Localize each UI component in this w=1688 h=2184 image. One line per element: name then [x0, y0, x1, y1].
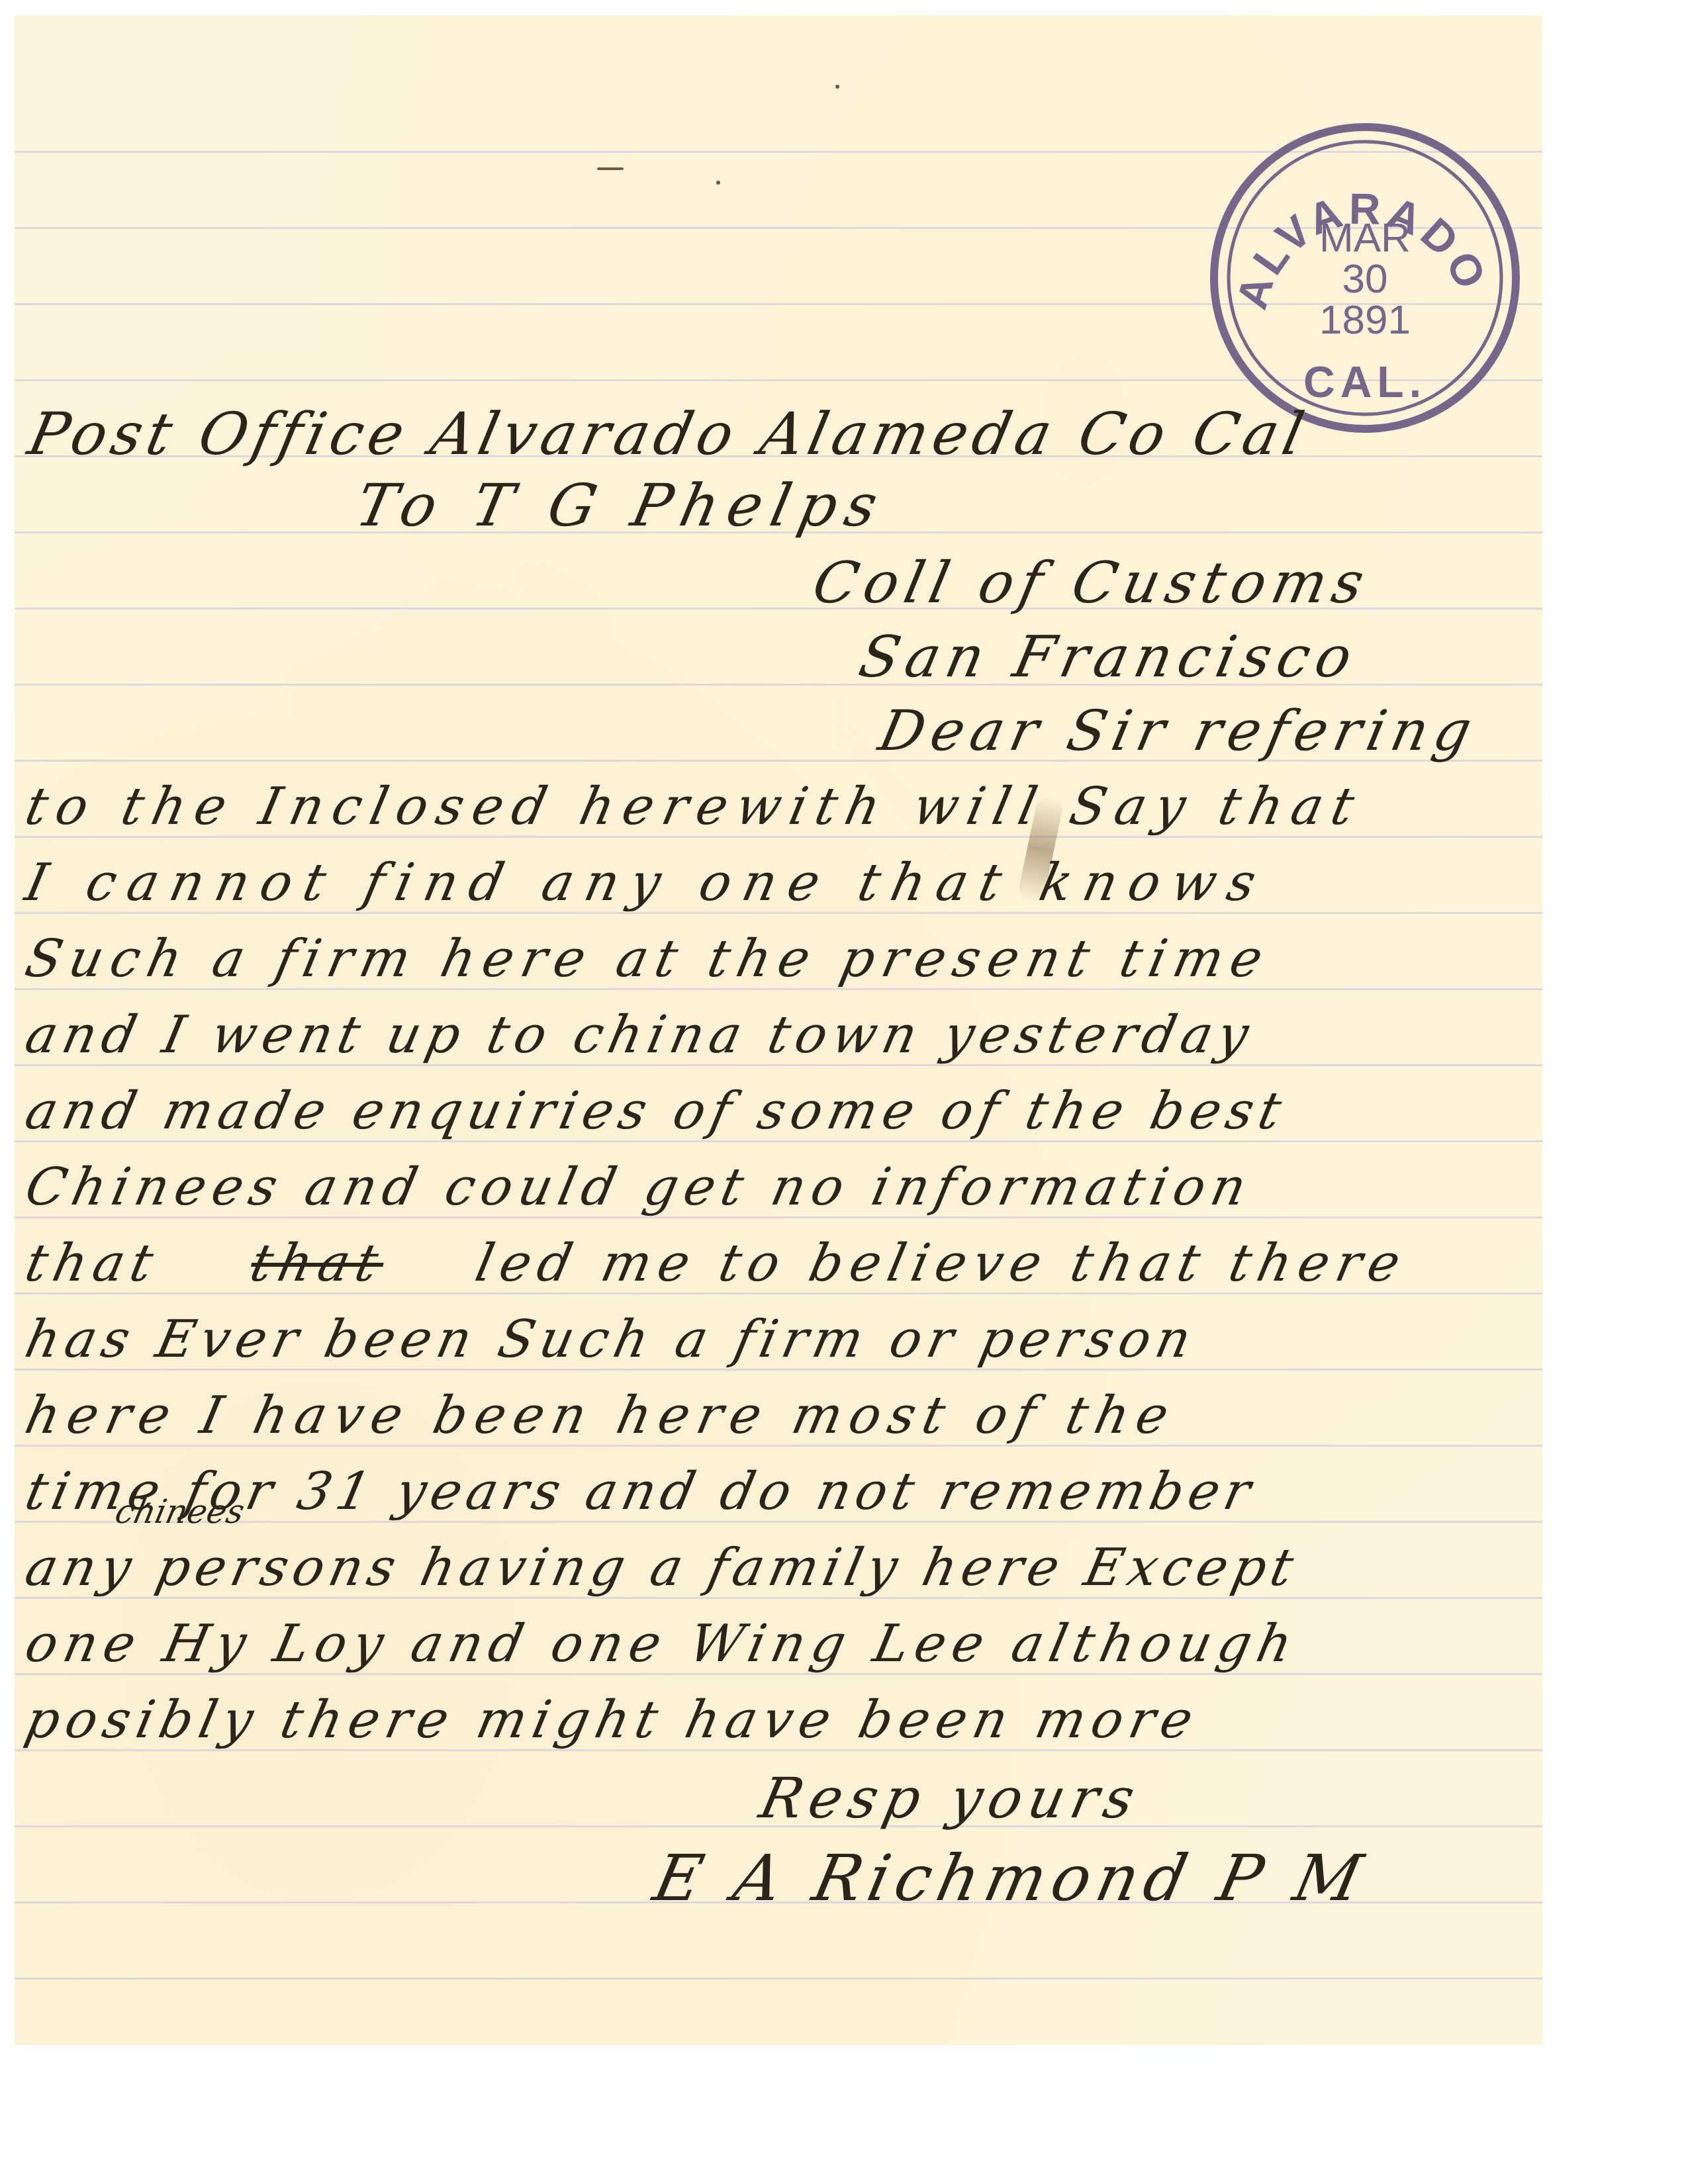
- ink-speck: [835, 85, 839, 89]
- body-line: Chinees and could get no information: [21, 1161, 1257, 1213]
- body-line: any persons having a family here Except: [21, 1542, 1303, 1594]
- header-recipient-title: Coll of Customs: [808, 555, 1375, 612]
- postmark-stamp: ALVARADO, MAR 30 1891 CAL.: [1206, 119, 1524, 437]
- struck-word: that: [246, 1238, 389, 1289]
- body-line: has Ever been Such a firm or person: [21, 1314, 1201, 1365]
- header-recipient-city: San Francisco: [855, 629, 1363, 686]
- body-line: Such a firm here at the present time: [21, 933, 1275, 985]
- ruled-line: [15, 1978, 1542, 1979]
- body-line: that: [21, 1238, 164, 1289]
- valediction: Resp yours: [755, 1770, 1146, 1826]
- body-line: and I went up to china town yesterday: [21, 1009, 1259, 1061]
- body-line: I cannot find any one that knows: [21, 857, 1272, 909]
- salutation: Dear Sir refering: [874, 703, 1483, 758]
- header-recipient: To T G Phelps: [352, 477, 892, 535]
- postmark-month: MAR: [1319, 215, 1411, 261]
- header-origin: Post Office Alvarado Alameda Co Cal: [24, 405, 1314, 463]
- ink-speck: [716, 181, 720, 185]
- inserted-word: chinees: [112, 1492, 248, 1531]
- body-line: one Hy Loy and one Wing Lee although: [21, 1618, 1303, 1670]
- postmark-year: 1891: [1319, 297, 1411, 343]
- postmark-circle-icon: ALVARADO, MAR 30 1891 CAL.: [1206, 119, 1524, 437]
- ink-speck: [597, 167, 624, 170]
- postmark-state: CAL.: [1303, 357, 1427, 406]
- signature: E A Richmond P M: [649, 1846, 1374, 1910]
- body-line: here I have been here most of the: [21, 1390, 1181, 1441]
- postmark-day: 30: [1342, 256, 1388, 302]
- body-line: and made enquiries of some of the best: [21, 1085, 1291, 1137]
- body-line: led me to believe that there: [471, 1238, 1412, 1289]
- body-line: to the Inclosed herewith will Say that: [21, 781, 1368, 833]
- body-line: posibly there might have been more: [21, 1694, 1204, 1746]
